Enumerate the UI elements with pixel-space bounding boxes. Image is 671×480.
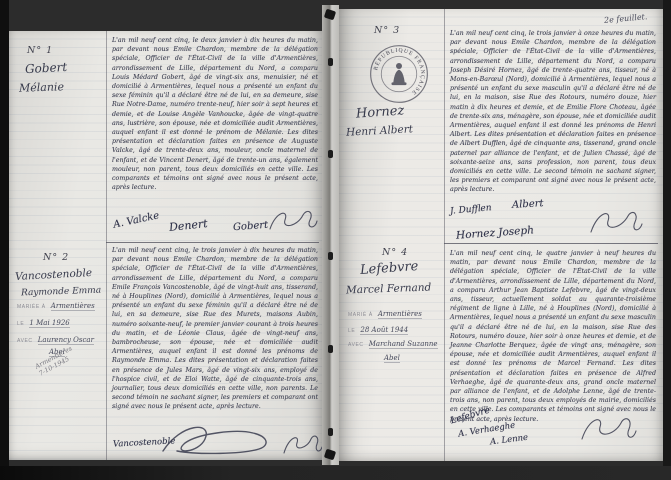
margin-child-surname: Lefebvre [360,259,419,278]
signature: Gobert [233,220,269,233]
entry-divider [444,243,658,244]
register-scan-photo: N° 1 Gobert Mélanie L'an mil neuf cent c… [0,0,671,480]
margin-child-firstname: Mélanie [19,80,64,95]
act-text: L'an mil neuf cent cinq, le trois janvie… [450,29,656,197]
signature: A. Lenne [490,433,529,448]
binding-stitch [328,345,333,353]
marriage-mention-label: AVEC [17,338,33,344]
margin-child-surname: Vancostenoble [15,267,93,283]
book-binding [322,5,339,465]
signature: Hornez Joseph [456,224,535,241]
right-page: 2e feuillet. N° 3 RÉPUBLIQUE FRANÇAISE H… [338,9,663,461]
signature: A. Valcke [112,210,160,230]
margin-child-surname: Gobert [25,60,68,76]
margin-rule-line [106,31,107,460]
entry-divider [106,242,319,243]
margin-child-firstname: Marcel Fernand [346,282,432,297]
binding-stitch [328,150,333,158]
officer-paraphe-flourish [267,207,319,237]
republique-francaise-seal: RÉPUBLIQUE FRANÇAISE [368,43,430,105]
entry-number: N° 2 [43,252,69,263]
binding-stitch [328,428,333,436]
margin-child-firstname: Henri Albert [346,123,414,138]
signature: J. Dufflen [450,203,492,217]
sheet-number-label: 2e feuillet. [603,12,647,25]
marriage-mention-value: Abel [384,354,400,363]
act-text: L'an mil neuf cent cinq, le trois janvie… [112,246,318,434]
photo-dark-edge-left [0,0,9,480]
entry-number: N° 4 [382,247,408,258]
margin-child-surname: Hornez [356,103,405,121]
left-page: N° 1 Gobert Mélanie L'an mil neuf cent c… [9,31,323,460]
seated-marianne-figure [391,63,406,85]
binding-stitch [328,252,333,260]
signature: Denert [168,217,208,234]
photo-dark-edge-bottom [0,466,671,480]
photo-dark-edge-right [663,0,671,480]
margin-rule-line [444,9,445,461]
entry-number: N° 1 [27,45,53,56]
officer-paraphe-flourish [588,207,644,241]
marriage-mention-value: Laurency Oscar [38,336,94,345]
marriage-mention-label: AVEC [348,342,364,348]
signature: Albert [512,198,544,211]
act-text: L'an mil neuf cent cinq, le quatre janvi… [450,249,656,411]
officer-paraphe-flourish [578,413,638,449]
marriage-mention-row: Abel [384,345,400,364]
act-text: L'an mil neuf cent cinq, le deux janvier… [112,36,318,210]
signature-flourish [159,421,277,461]
entry-number: N° 3 [374,25,400,36]
officer-paraphe-flourish [281,431,323,461]
marriage-mention-value: Marchand Suzanne [369,340,438,349]
binding-stitch [328,58,333,66]
